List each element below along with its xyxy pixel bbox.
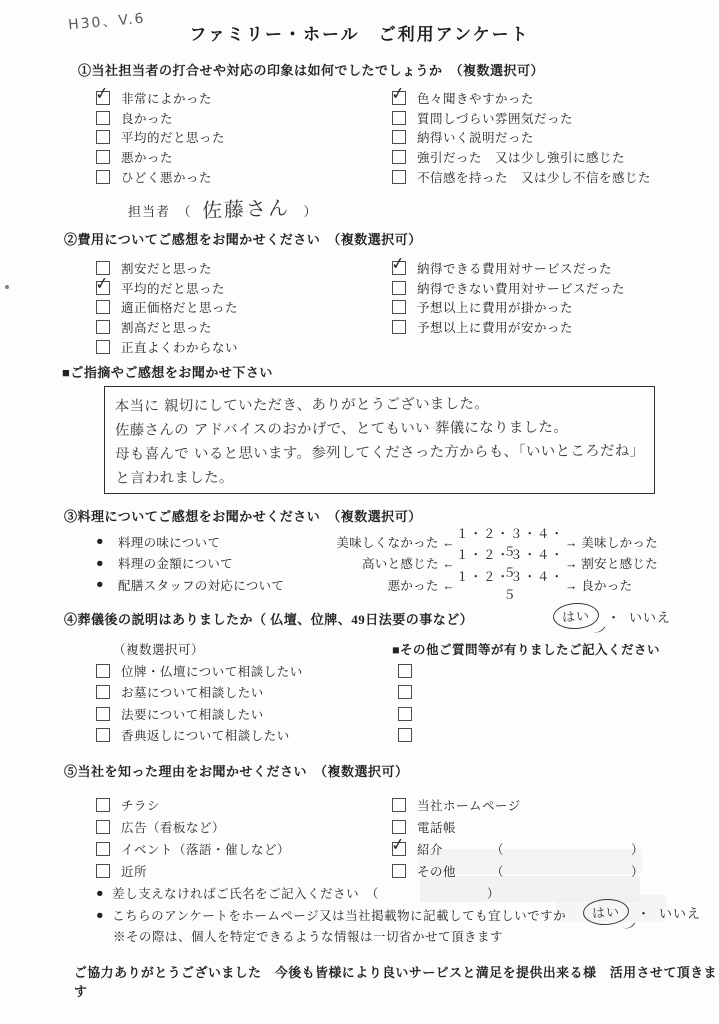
yes-label: はい xyxy=(562,609,591,625)
checkbox xyxy=(96,340,110,354)
staff-close-paren: ） xyxy=(304,201,318,220)
option-label: お墓について相談したい xyxy=(121,683,264,701)
q4-yes-no-answer: はい ・ いいえ xyxy=(553,603,671,629)
checkbox xyxy=(392,111,406,125)
option-label: 香典返しについて相談したい xyxy=(121,726,290,744)
option-row: 位牌・仏壇について相談したい xyxy=(96,660,303,682)
q2-right-options: 納得できる費用対サービスだった 納得できない費用対サービスだった 予想以上に費用… xyxy=(392,258,625,337)
option-label: 適正価格だと思った xyxy=(121,298,238,316)
empty-checkbox-row xyxy=(398,725,423,747)
name-entry-line: ● 差し支えなければご氏名をご記入ください （ ） xyxy=(96,884,500,902)
rating-item-label: 料理の金額について xyxy=(118,554,328,572)
rating-item-label: 配膳スタッフの対応について xyxy=(118,576,328,594)
q3-heading: ③料理についてご感想をお聞かせください （複数選択可） xyxy=(64,506,422,525)
checkbox xyxy=(392,130,406,144)
option-row: 割高だと思った xyxy=(96,317,238,337)
q1-heading: ①当社担当者の打合せや対応の印象は如何でしたでしょうか （複数選択可） xyxy=(78,60,544,79)
empty-checkbox-row xyxy=(398,703,423,725)
option-label: 紹介 xyxy=(417,840,491,858)
comment-line: 佐藤さんの アドバイスのおかげで、とてもいい 葬儀になりました。 xyxy=(115,415,644,443)
rating-scale: １・２・３・４・５ xyxy=(455,567,565,603)
publish-permission-label: こちらのアンケートをホームページ又は当社掲載物に記載しても宜しいですか xyxy=(112,906,566,924)
bullet-icon: ● xyxy=(96,577,118,592)
option-row: 平均的だと思った xyxy=(96,128,225,148)
option-label: ひどく悪かった xyxy=(121,168,212,186)
pencil-dot-mark xyxy=(5,285,9,289)
option-label: チラシ xyxy=(121,796,160,814)
checkbox xyxy=(398,707,412,721)
option-row: 当社ホームページ xyxy=(392,794,644,816)
staff-name-line: 担当者 （ 佐藤さん ） xyxy=(128,193,318,220)
option-label: 電話帳 xyxy=(417,818,456,836)
option-row: 正直よくわからない xyxy=(96,337,238,357)
option-row: 良かった xyxy=(96,108,225,128)
q1-right-options: 色々聞きやすかった 質問しづらい雰囲気だった 納得いく説明だった 強引だった 又… xyxy=(392,88,651,187)
option-label: 割高だと思った xyxy=(121,318,212,336)
checkbox xyxy=(96,300,110,314)
q3-rating-rows: ● 料理の味について 美味しくなかった ← １・２・３・４・５ → 美味しかった… xyxy=(96,531,658,596)
checkbox xyxy=(392,820,406,834)
option-row: 近所 xyxy=(96,860,290,882)
checkbox-checked xyxy=(392,91,406,105)
checkbox xyxy=(398,728,412,742)
q1-left-options: 非常によかった 良かった 平均的だと思った 悪かった ひどく悪かった xyxy=(96,88,225,187)
page-title: ファミリー・ホール ご利用アンケート xyxy=(0,20,719,45)
q4-heading: ④葬儀後の説明はありましたか（ 仏壇、位牌、49日法要の事など） xyxy=(64,609,473,628)
checkbox xyxy=(398,685,412,699)
option-row: 質問しづらい雰囲気だった xyxy=(392,108,651,128)
option-label: その他 xyxy=(417,862,491,880)
checkbox xyxy=(96,685,110,699)
checkbox xyxy=(96,320,110,334)
option-row: 予想以上に費用が安かった xyxy=(392,317,625,337)
checkbox-checked xyxy=(96,281,110,295)
thanks-footer: ご協力ありがとうございました 今後も皆様により良いサービスと満足を提供出来る様 … xyxy=(74,962,719,1000)
option-label: 平均的だと思った xyxy=(121,128,225,146)
comment-line: と言われました。 xyxy=(115,463,644,491)
comment-line: 母も喜んで いると思います。参列してくださった方からも、「いいところだね」 xyxy=(115,439,644,467)
rating-neg-label: 悪かった ← xyxy=(328,576,455,594)
option-row: 納得できない費用対サービスだった xyxy=(392,278,625,298)
option-row: 不信感を持った 又は少し不信を感じた xyxy=(392,167,651,187)
rating-neg-label: 美味しくなかった ← xyxy=(328,533,455,551)
option-row: 納得いく説明だった xyxy=(392,128,651,148)
rating-pos-label: → 割安と感じた xyxy=(565,554,658,572)
option-row: イベント（落語・催しなど） xyxy=(96,838,290,860)
option-label: 納得いく説明だった xyxy=(417,128,534,146)
option-label: 強引だった 又は少し強引に感じた xyxy=(417,148,625,166)
paren-close: ） xyxy=(631,840,644,858)
checkbox-checked xyxy=(392,842,406,856)
q5-right-options: 当社ホームページ 電話帳 紹介（） その他（） xyxy=(392,794,644,882)
checkbox xyxy=(96,170,110,184)
empty-checkbox-row xyxy=(398,682,423,704)
option-row: ひどく悪かった xyxy=(96,167,225,187)
handwritten-comments: 本当に 親切にしていただき、ありがとうございました。 佐藤さんの アドバイスのお… xyxy=(105,385,655,497)
option-row: 予想以上に費用が掛かった xyxy=(392,298,625,318)
q4-other-checkboxes xyxy=(398,660,423,746)
option-label: 予想以上に費用が安かった xyxy=(417,318,573,336)
checkbox xyxy=(392,320,406,334)
option-row: 電話帳 xyxy=(392,816,644,838)
rating-neg-label: 高いと感じた ← xyxy=(328,554,455,572)
rating-row: ● 料理の味について 美味しくなかった ← １・２・３・４・５ → 美味しかった xyxy=(96,531,658,553)
option-label: 正直よくわからない xyxy=(121,338,238,356)
checkbox xyxy=(96,707,110,721)
checkbox-checked xyxy=(392,261,406,275)
name-entry-label: 差し支えなければご氏名をご記入ください （ xyxy=(112,884,379,902)
checkbox xyxy=(96,150,110,164)
privacy-note: ※その際は、個人を特定できるような情報は一切省かせて頂きます xyxy=(113,927,503,945)
paren-open: （ xyxy=(491,840,504,858)
option-row: 香典返しについて相談したい xyxy=(96,725,303,747)
option-label: 非常によかった xyxy=(121,89,212,107)
option-label: 納得できない費用対サービスだった xyxy=(417,279,625,297)
q5-left-options: チラシ 広告（看板など） イベント（落語・催しなど） 近所 xyxy=(96,794,290,882)
option-row: 適正価格だと思った xyxy=(96,298,238,318)
rating-row: ● 料理の金額について 高いと感じた ← １・２・３・４・５ → 割安と感じた xyxy=(96,553,658,575)
option-row: 広告（看板など） xyxy=(96,816,290,838)
q4-other-heading: ■その他ご質問等が有りましたご記入ください xyxy=(392,640,660,658)
no-label: いいえ xyxy=(629,607,671,626)
option-row: チラシ xyxy=(96,794,290,816)
comments-heading: ■ご指摘やご感想をお聞かせ下さい xyxy=(62,362,273,381)
q4-left-options: 位牌・仏壇について相談したい お墓について相談したい 法要について相談したい 香… xyxy=(96,660,303,746)
option-label: 当社ホームページ xyxy=(417,796,521,814)
bullet-icon: ● xyxy=(96,908,104,923)
checkbox xyxy=(96,842,110,856)
checkbox xyxy=(96,130,110,144)
checkbox xyxy=(96,664,110,678)
option-label: 割安だと思った xyxy=(121,259,212,277)
q2-left-options: 割安だと思った 平均的だと思った 適正価格だと思った 割高だと思った 正直よくわ… xyxy=(96,258,238,357)
checkbox xyxy=(398,664,412,678)
handwritten-staff-name: 佐藤さん xyxy=(201,191,290,223)
q5-heading: ⑤当社を知った理由をお聞かせください （複数選択可） xyxy=(64,761,409,780)
publish-permission-line: ● こちらのアンケートをホームページ又は当社掲載物に記載しても宜しいですか xyxy=(96,906,566,924)
rating-pos-label: → 良かった xyxy=(565,576,632,594)
checkbox xyxy=(96,728,110,742)
circled-yes: はい xyxy=(552,602,599,630)
option-row: お墓について相談したい xyxy=(96,682,303,704)
option-row: 納得できる費用対サービスだった xyxy=(392,258,625,278)
checkbox xyxy=(96,111,110,125)
checkbox xyxy=(392,170,406,184)
staff-label: 担当者 （ xyxy=(128,201,192,220)
option-label: 質問しづらい雰囲気だった xyxy=(417,109,573,127)
checkbox xyxy=(392,864,406,878)
bullet-icon: ● xyxy=(96,886,104,901)
checkbox xyxy=(392,281,406,295)
rating-row: ● 配膳スタッフの対応について 悪かった ← １・２・３・４・５ → 良かった xyxy=(96,574,658,596)
option-label: 悪かった xyxy=(121,148,173,166)
paren-close: ） xyxy=(487,884,500,902)
checkbox xyxy=(96,820,110,834)
option-row: 非常によかった xyxy=(96,88,225,108)
comments-box: 本当に 親切にしていただき、ありがとうございました。 佐藤さんの アドバイスのお… xyxy=(104,386,655,494)
option-label: 予想以上に費用が掛かった xyxy=(417,298,573,316)
option-label: イベント（落語・催しなど） xyxy=(121,840,290,858)
checkbox xyxy=(392,300,406,314)
no-label: いいえ xyxy=(659,903,701,922)
option-label: 不信感を持った 又は少し不信を感じた xyxy=(417,168,651,186)
option-row: 平均的だと思った xyxy=(96,278,238,298)
q2-heading: ②費用についてご感想をお聞かせください （複数選択可） xyxy=(64,229,422,248)
rating-item-label: 料理の味について xyxy=(118,533,328,551)
survey-scan-page: H30、V.6 ファミリー・ホール ご利用アンケート ①当社担当者の打合せや対応… xyxy=(0,0,719,1024)
dot-separator: ・ xyxy=(637,903,651,922)
circled-yes: はい xyxy=(582,898,629,926)
bullet-icon: ● xyxy=(96,556,118,571)
yes-label: はい xyxy=(592,905,621,921)
q4-multi-select-note: （複数選択可） xyxy=(113,640,204,658)
option-row: 法要について相談したい xyxy=(96,703,303,725)
option-row: 紹介（） xyxy=(392,838,644,860)
checkbox xyxy=(392,150,406,164)
option-label: 色々聞きやすかった xyxy=(417,89,534,107)
checkbox-checked xyxy=(96,91,110,105)
paren-close: ） xyxy=(631,862,644,880)
option-label: 納得できる費用対サービスだった xyxy=(417,259,612,277)
checkbox xyxy=(392,798,406,812)
option-row: 強引だった 又は少し強引に感じた xyxy=(392,147,651,167)
checkbox xyxy=(96,798,110,812)
option-label: 良かった xyxy=(121,109,173,127)
option-label: 位牌・仏壇について相談したい xyxy=(121,662,303,680)
option-label: 法要について相談したい xyxy=(121,705,264,723)
rating-pos-label: → 美味しかった xyxy=(565,533,658,551)
option-label: 広告（看板など） xyxy=(121,818,225,836)
paren-open: （ xyxy=(491,862,504,880)
checkbox xyxy=(96,864,110,878)
publish-yes-no-answer: はい ・ いいえ xyxy=(583,899,701,925)
option-label: 平均的だと思った xyxy=(121,279,225,297)
option-row: 悪かった xyxy=(96,147,225,167)
empty-checkbox-row xyxy=(398,660,423,682)
option-label: 近所 xyxy=(121,862,147,880)
dot-separator: ・ xyxy=(607,607,621,626)
bullet-icon: ● xyxy=(96,534,118,549)
option-row: 色々聞きやすかった xyxy=(392,88,651,108)
comment-line: 本当に 親切にしていただき、ありがとうございました。 xyxy=(115,391,644,419)
option-row: 割安だと思った xyxy=(96,258,238,278)
option-row: その他（） xyxy=(392,860,644,882)
